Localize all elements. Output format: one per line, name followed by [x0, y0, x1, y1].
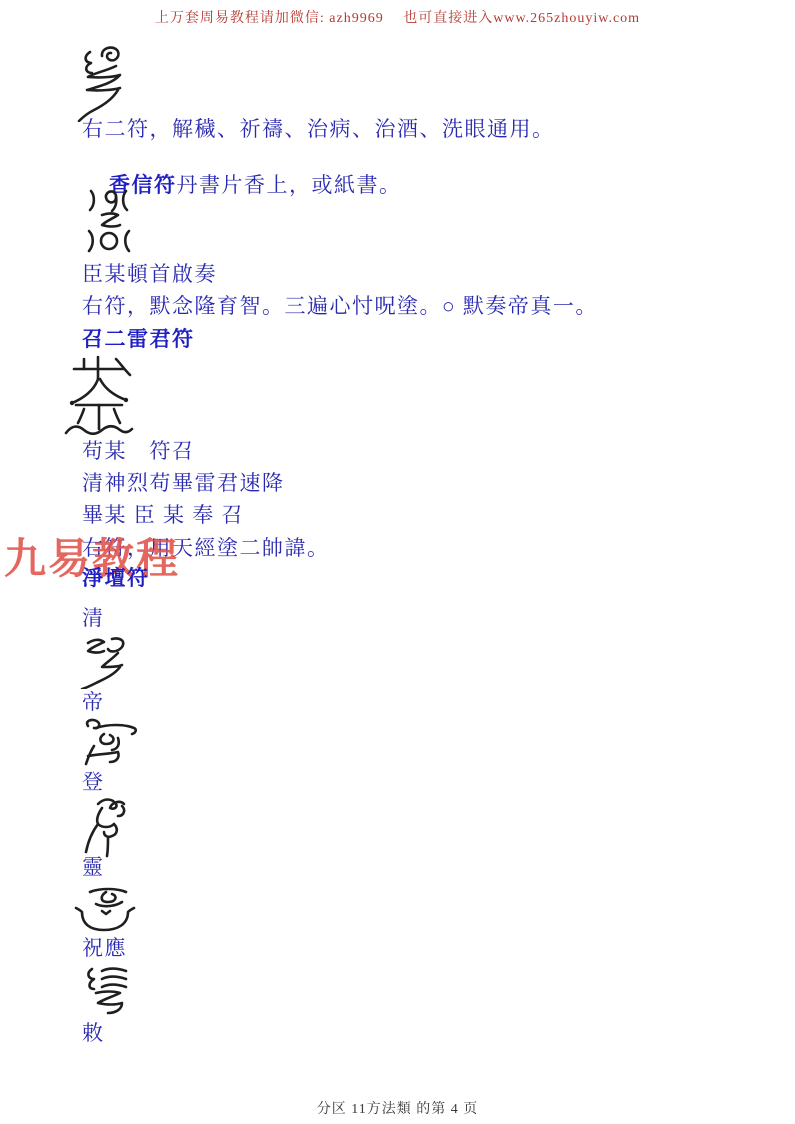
char-chi: 敕	[82, 1021, 105, 1045]
char-di: 帝	[82, 690, 105, 714]
talisman-glyph-1	[74, 44, 134, 122]
paragraph-incense-rest: 丹書片香上，或紙書。	[177, 173, 402, 197]
talisman-glyph-7	[72, 884, 138, 934]
talisman-glyph-5	[74, 716, 140, 768]
char-ling: 靈	[82, 855, 105, 879]
char-deng: 登	[82, 770, 105, 794]
paragraph-right-talisman-recite: 右符，默念隆育智。三遍心忖呪塗。○ 默奏帝真一。	[82, 294, 598, 318]
heading-purify-altar-talisman: 淨壇符	[82, 566, 150, 590]
heading-summon-thunder-lords: 召二雷君符	[82, 327, 195, 351]
talisman-glyph-2	[76, 187, 138, 255]
paragraph-minister-report: 臣某頓首啟奏	[82, 262, 217, 286]
paragraph-gou-summon: 苟某 符召	[82, 439, 195, 463]
paragraph-thunder-lords-descend: 清神烈苟畢雷君速降	[82, 471, 285, 495]
chars-zhu-ying: 祝應	[82, 936, 127, 960]
document-page: 上万套周易教程请加微信: azh9969 也可直接进入www.265zhouyi…	[0, 0, 795, 1124]
talisman-glyph-8	[76, 963, 132, 1019]
talisman-glyph-4	[78, 633, 136, 689]
char-qing: 清	[82, 606, 105, 630]
paragraph-bi-obey-summon: 畢某 臣 某 奉 召	[82, 503, 244, 527]
talisman-glyph-6	[74, 796, 138, 858]
footer-page-number: 分区 11方法類 的第 4 页	[0, 1098, 795, 1118]
promo-header-text: 上万套周易教程请加微信: azh9969 也可直接进入www.265zhouyi…	[0, 7, 795, 27]
paragraph-right-two-talismans: 右二符，解穢、祈禱、治病、治酒、洗眼通用。	[82, 117, 555, 141]
talisman-glyph-3	[60, 353, 145, 435]
